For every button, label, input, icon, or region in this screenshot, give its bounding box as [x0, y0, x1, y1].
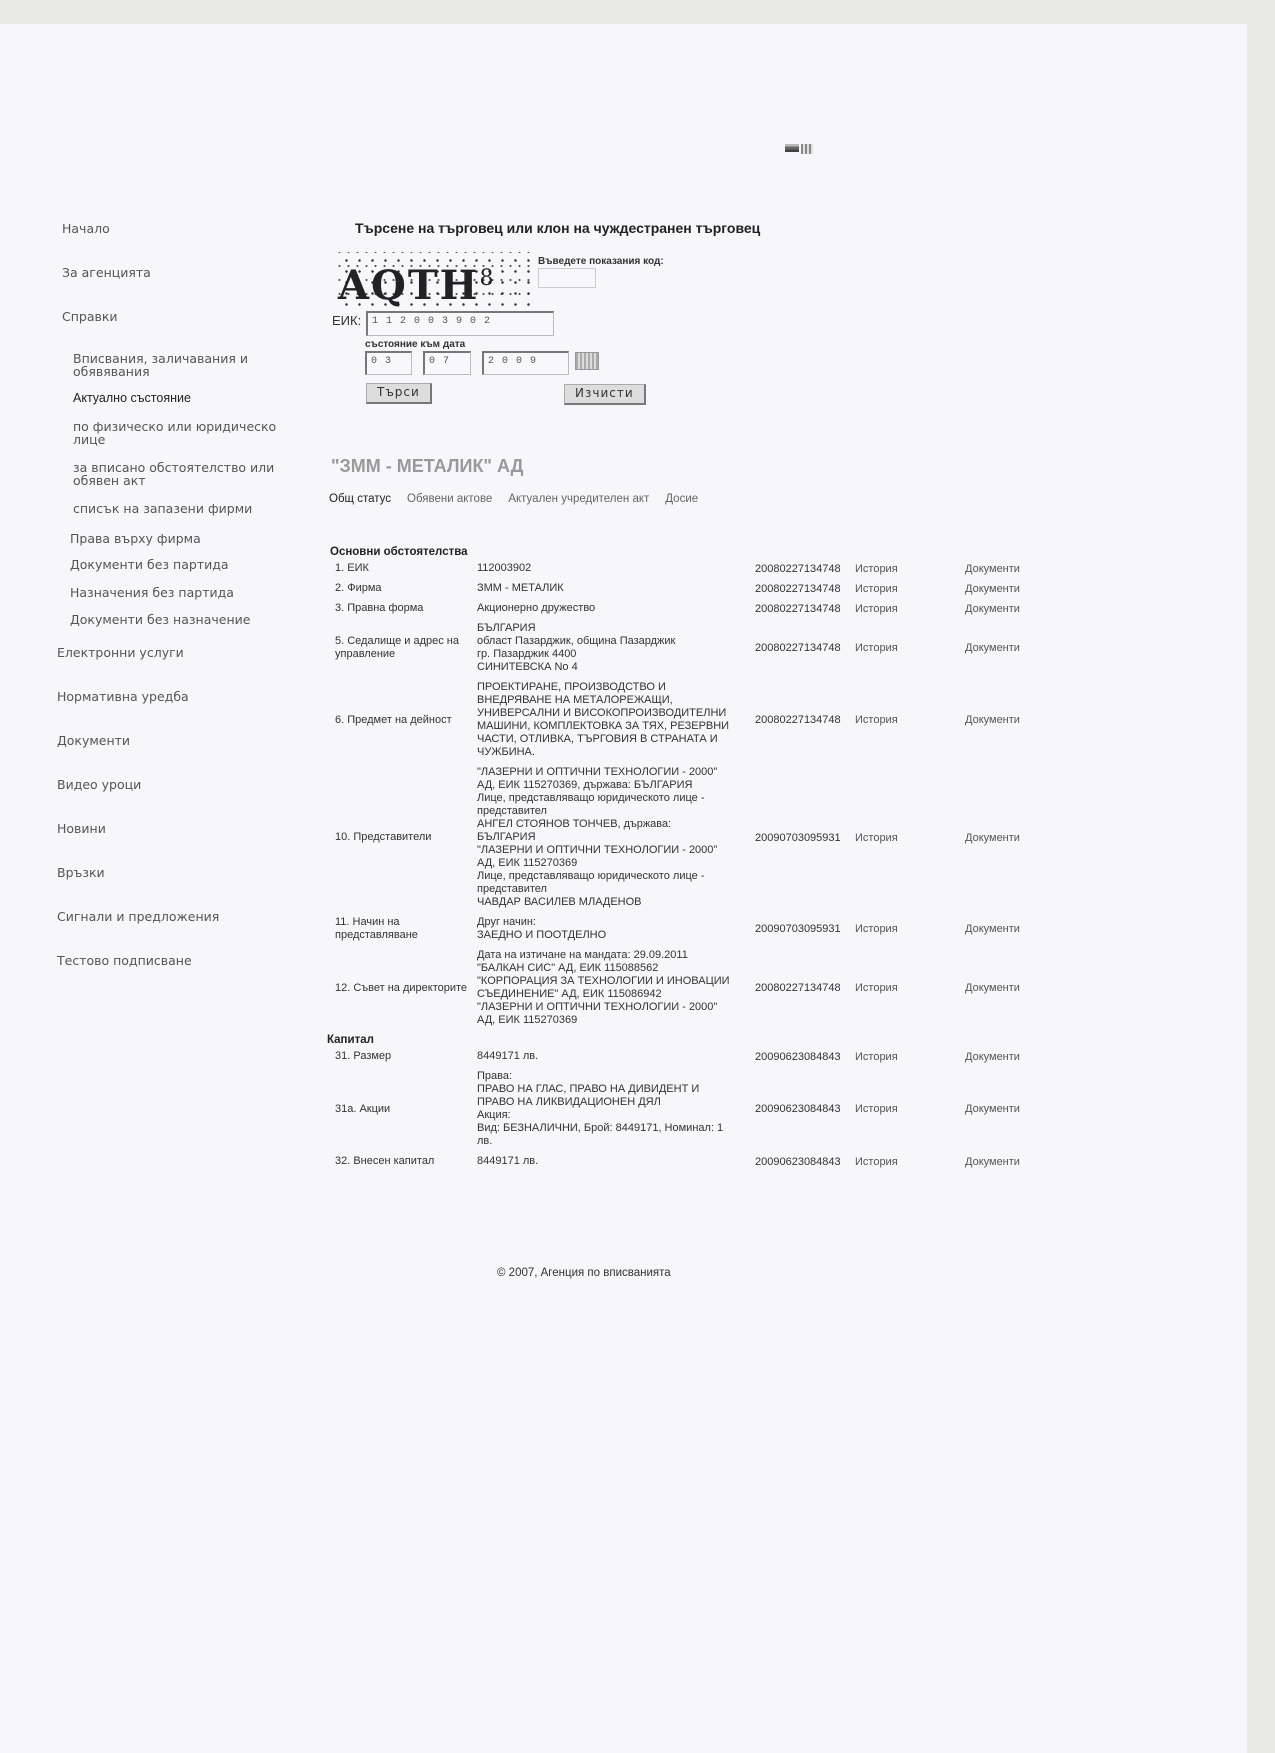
row-value: Права: ПРАВО НА ГЛАС, ПРАВО НА ДИВИДЕНТ … [477, 1070, 752, 1148]
captcha-code-input[interactable] [538, 268, 596, 288]
row-label: 32. Внесен капитал [320, 1155, 477, 1168]
row-label: 3. Правна форма [320, 602, 477, 615]
entry-number: 20080227134748 [752, 583, 855, 595]
row-label: 1. ЕИК [320, 562, 477, 575]
date-month-input[interactable]: 07 [423, 351, 471, 375]
sidebar-item[interactable]: Новини [57, 822, 106, 835]
row-label: 12. Съвет на директорите [320, 982, 477, 995]
row-value: 8449171 лв. [477, 1155, 752, 1168]
eik-label: ЕИК: [332, 313, 361, 328]
row-label: 2. Фирма [320, 582, 477, 595]
table-row: 10. Представители"ЛАЗЕРНИ И ОПТИЧНИ ТЕХН… [320, 766, 1060, 909]
table-row: 6. Предмет на дейностПРОЕКТИРАНЕ, ПРОИЗВ… [320, 681, 1060, 759]
entry-number: 20080227134748 [752, 603, 855, 615]
sidebar-item[interactable]: списък на запазени фирми [73, 502, 252, 515]
entry-number: 20080227134748 [752, 563, 855, 575]
row-label: 10. Представители [320, 831, 477, 844]
history-link[interactable]: История [855, 1156, 965, 1168]
company-title: "ЗММ - МЕТАЛИК" АД [331, 456, 523, 477]
documents-link[interactable]: Документи [965, 563, 1055, 575]
company-tab[interactable]: Актуален учредителен акт [508, 493, 649, 505]
sidebar-item[interactable]: Връзки [57, 866, 105, 879]
history-link[interactable]: История [855, 982, 965, 994]
table-row: 3. Правна формаАкционерно дружество20080… [320, 602, 1060, 615]
history-link[interactable]: История [855, 1103, 965, 1115]
records-table: Основни обстоятелства1. ЕИК1120039022008… [320, 546, 1060, 1175]
table-row: 31а. АкцииПрава: ПРАВО НА ГЛАС, ПРАВО НА… [320, 1070, 1060, 1148]
search-button[interactable]: Търси [366, 383, 432, 404]
table-row: 12. Съвет на директоритеДата на изтичане… [320, 949, 1060, 1027]
entry-number: 20090703095931 [752, 923, 855, 935]
history-link[interactable]: История [855, 832, 965, 844]
sidebar-item[interactable]: за вписано обстоятелство или обявен акт [73, 461, 274, 487]
documents-link[interactable]: Документи [965, 923, 1055, 935]
documents-link[interactable]: Документи [965, 583, 1055, 595]
eik-input[interactable]: 112003902 [366, 311, 554, 336]
footer-copyright: © 2007, Агенция по вписванията [497, 1267, 671, 1279]
history-link[interactable]: История [855, 714, 965, 726]
documents-link[interactable]: Документи [965, 714, 1055, 726]
sidebar-item[interactable]: Вписвания, заличавания и обявявания [73, 352, 248, 378]
documents-link[interactable]: Документи [965, 1103, 1055, 1115]
bulgarian-flag-icon[interactable] [785, 144, 799, 152]
table-row: 11. Начин на представляванеДруг начин: З… [320, 916, 1060, 942]
english-flag-icon[interactable] [801, 144, 813, 154]
history-link[interactable]: История [855, 923, 965, 935]
sidebar-item[interactable]: За агенцията [62, 266, 151, 279]
sidebar-item[interactable]: Права върху фирма [70, 532, 201, 545]
date-year-input[interactable]: 2009 [482, 351, 569, 375]
sidebar-item[interactable]: Назначения без партида [70, 586, 234, 599]
entry-number: 20090623084843 [752, 1051, 855, 1063]
documents-link[interactable]: Документи [965, 603, 1055, 615]
documents-link[interactable]: Документи [965, 1156, 1055, 1168]
row-value: Акционерно дружество [477, 602, 752, 615]
row-label: 5. Седалище и адрес на управление [320, 635, 477, 661]
sidebar-item[interactable]: Начало [62, 222, 110, 235]
table-row: 32. Внесен капитал8449171 лв.20090623084… [320, 1155, 1060, 1168]
captcha-text: AQTH [338, 262, 479, 309]
history-link[interactable]: История [855, 1051, 965, 1063]
sidebar-item[interactable]: Сигнали и предложения [57, 910, 219, 923]
entry-number: 20080227134748 [752, 714, 855, 726]
sidebar-item[interactable]: Документи без партида [70, 558, 229, 571]
sidebar-item[interactable]: Документи без назначение [70, 613, 250, 626]
row-value: "ЛАЗЕРНИ И ОПТИЧНИ ТЕХНОЛОГИИ - 2000" АД… [477, 766, 752, 909]
language-switch [785, 144, 813, 154]
row-value: ЗММ - МЕТАЛИК [477, 582, 752, 595]
history-link[interactable]: История [855, 603, 965, 615]
sidebar-item[interactable]: Видео уроци [57, 778, 141, 791]
documents-link[interactable]: Документи [965, 982, 1055, 994]
documents-link[interactable]: Документи [965, 832, 1055, 844]
row-value: Друг начин: ЗАЕДНО И ПООТДЕЛНО [477, 916, 752, 942]
company-tab[interactable]: Общ статус [329, 493, 391, 505]
entry-number: 20090623084843 [752, 1156, 855, 1168]
row-label: 6. Предмет на дейност [320, 714, 477, 727]
clear-button[interactable]: Изчисти [564, 384, 646, 405]
date-day-input[interactable]: 03 [365, 351, 412, 375]
table-row: 1. ЕИК11200390220080227134748ИсторияДоку… [320, 562, 1060, 575]
table-row: 2. ФирмаЗММ - МЕТАЛИК20080227134748Истор… [320, 582, 1060, 595]
captcha-sup: 8 [479, 266, 495, 291]
row-label: 31а. Акции [320, 1103, 477, 1116]
history-link[interactable]: История [855, 642, 965, 654]
section-heading: Капитал [327, 1034, 1060, 1046]
entry-number: 20080227134748 [752, 642, 855, 654]
history-link[interactable]: История [855, 563, 965, 575]
section-heading: Основни обстоятелства [330, 546, 1060, 558]
sidebar-item[interactable]: Актуално състояние [73, 392, 191, 405]
row-value: 8449171 лв. [477, 1050, 752, 1063]
date-label: състояние към дата [365, 339, 465, 350]
history-link[interactable]: История [855, 583, 965, 595]
captcha-image: AQTH8 [338, 252, 530, 306]
entry-number: 20090703095931 [752, 832, 855, 844]
captcha-code-label: Въведете показания код: [538, 256, 664, 267]
entry-number: 20090623084843 [752, 1103, 855, 1115]
row-value: БЪЛГАРИЯ област Пазарджик, община Пазард… [477, 622, 752, 674]
sidebar-item[interactable]: Електронни услуги [57, 646, 184, 659]
row-value: Дата на изтичане на мандата: 29.09.2011 … [477, 949, 752, 1027]
table-row: 5. Седалище и адрес на управлениеБЪЛГАРИ… [320, 622, 1060, 674]
sidebar-item[interactable]: Тестово подписване [57, 954, 192, 967]
table-row: 31. Размер8449171 лв.20090623084843Истор… [320, 1050, 1060, 1063]
sidebar-item[interactable]: по физическо или юридическо лице [73, 420, 276, 446]
documents-link[interactable]: Документи [965, 1051, 1055, 1063]
sidebar-item[interactable]: Справки [62, 310, 118, 323]
row-label: 31. Размер [320, 1050, 477, 1063]
company-tab[interactable]: Обявени актове [407, 493, 492, 505]
documents-link[interactable]: Документи [965, 642, 1055, 654]
search-title: Търсене на търговец или клон на чуждестр… [355, 220, 760, 236]
entry-number: 20080227134748 [752, 982, 855, 994]
row-label: 11. Начин на представляване [320, 916, 477, 942]
row-value: ПРОЕКТИРАНЕ, ПРОИЗВОДСТВО И ВНЕДРЯВАНЕ Н… [477, 681, 752, 759]
company-tab[interactable]: Досие [665, 493, 698, 505]
sidebar-item[interactable]: Документи [57, 734, 130, 747]
sidebar-item[interactable]: Нормативна уредба [57, 690, 189, 703]
company-tabs: Общ статусОбявени актовеАктуален учредит… [329, 493, 698, 505]
row-value: 112003902 [477, 562, 752, 575]
calendar-icon[interactable] [575, 352, 599, 370]
